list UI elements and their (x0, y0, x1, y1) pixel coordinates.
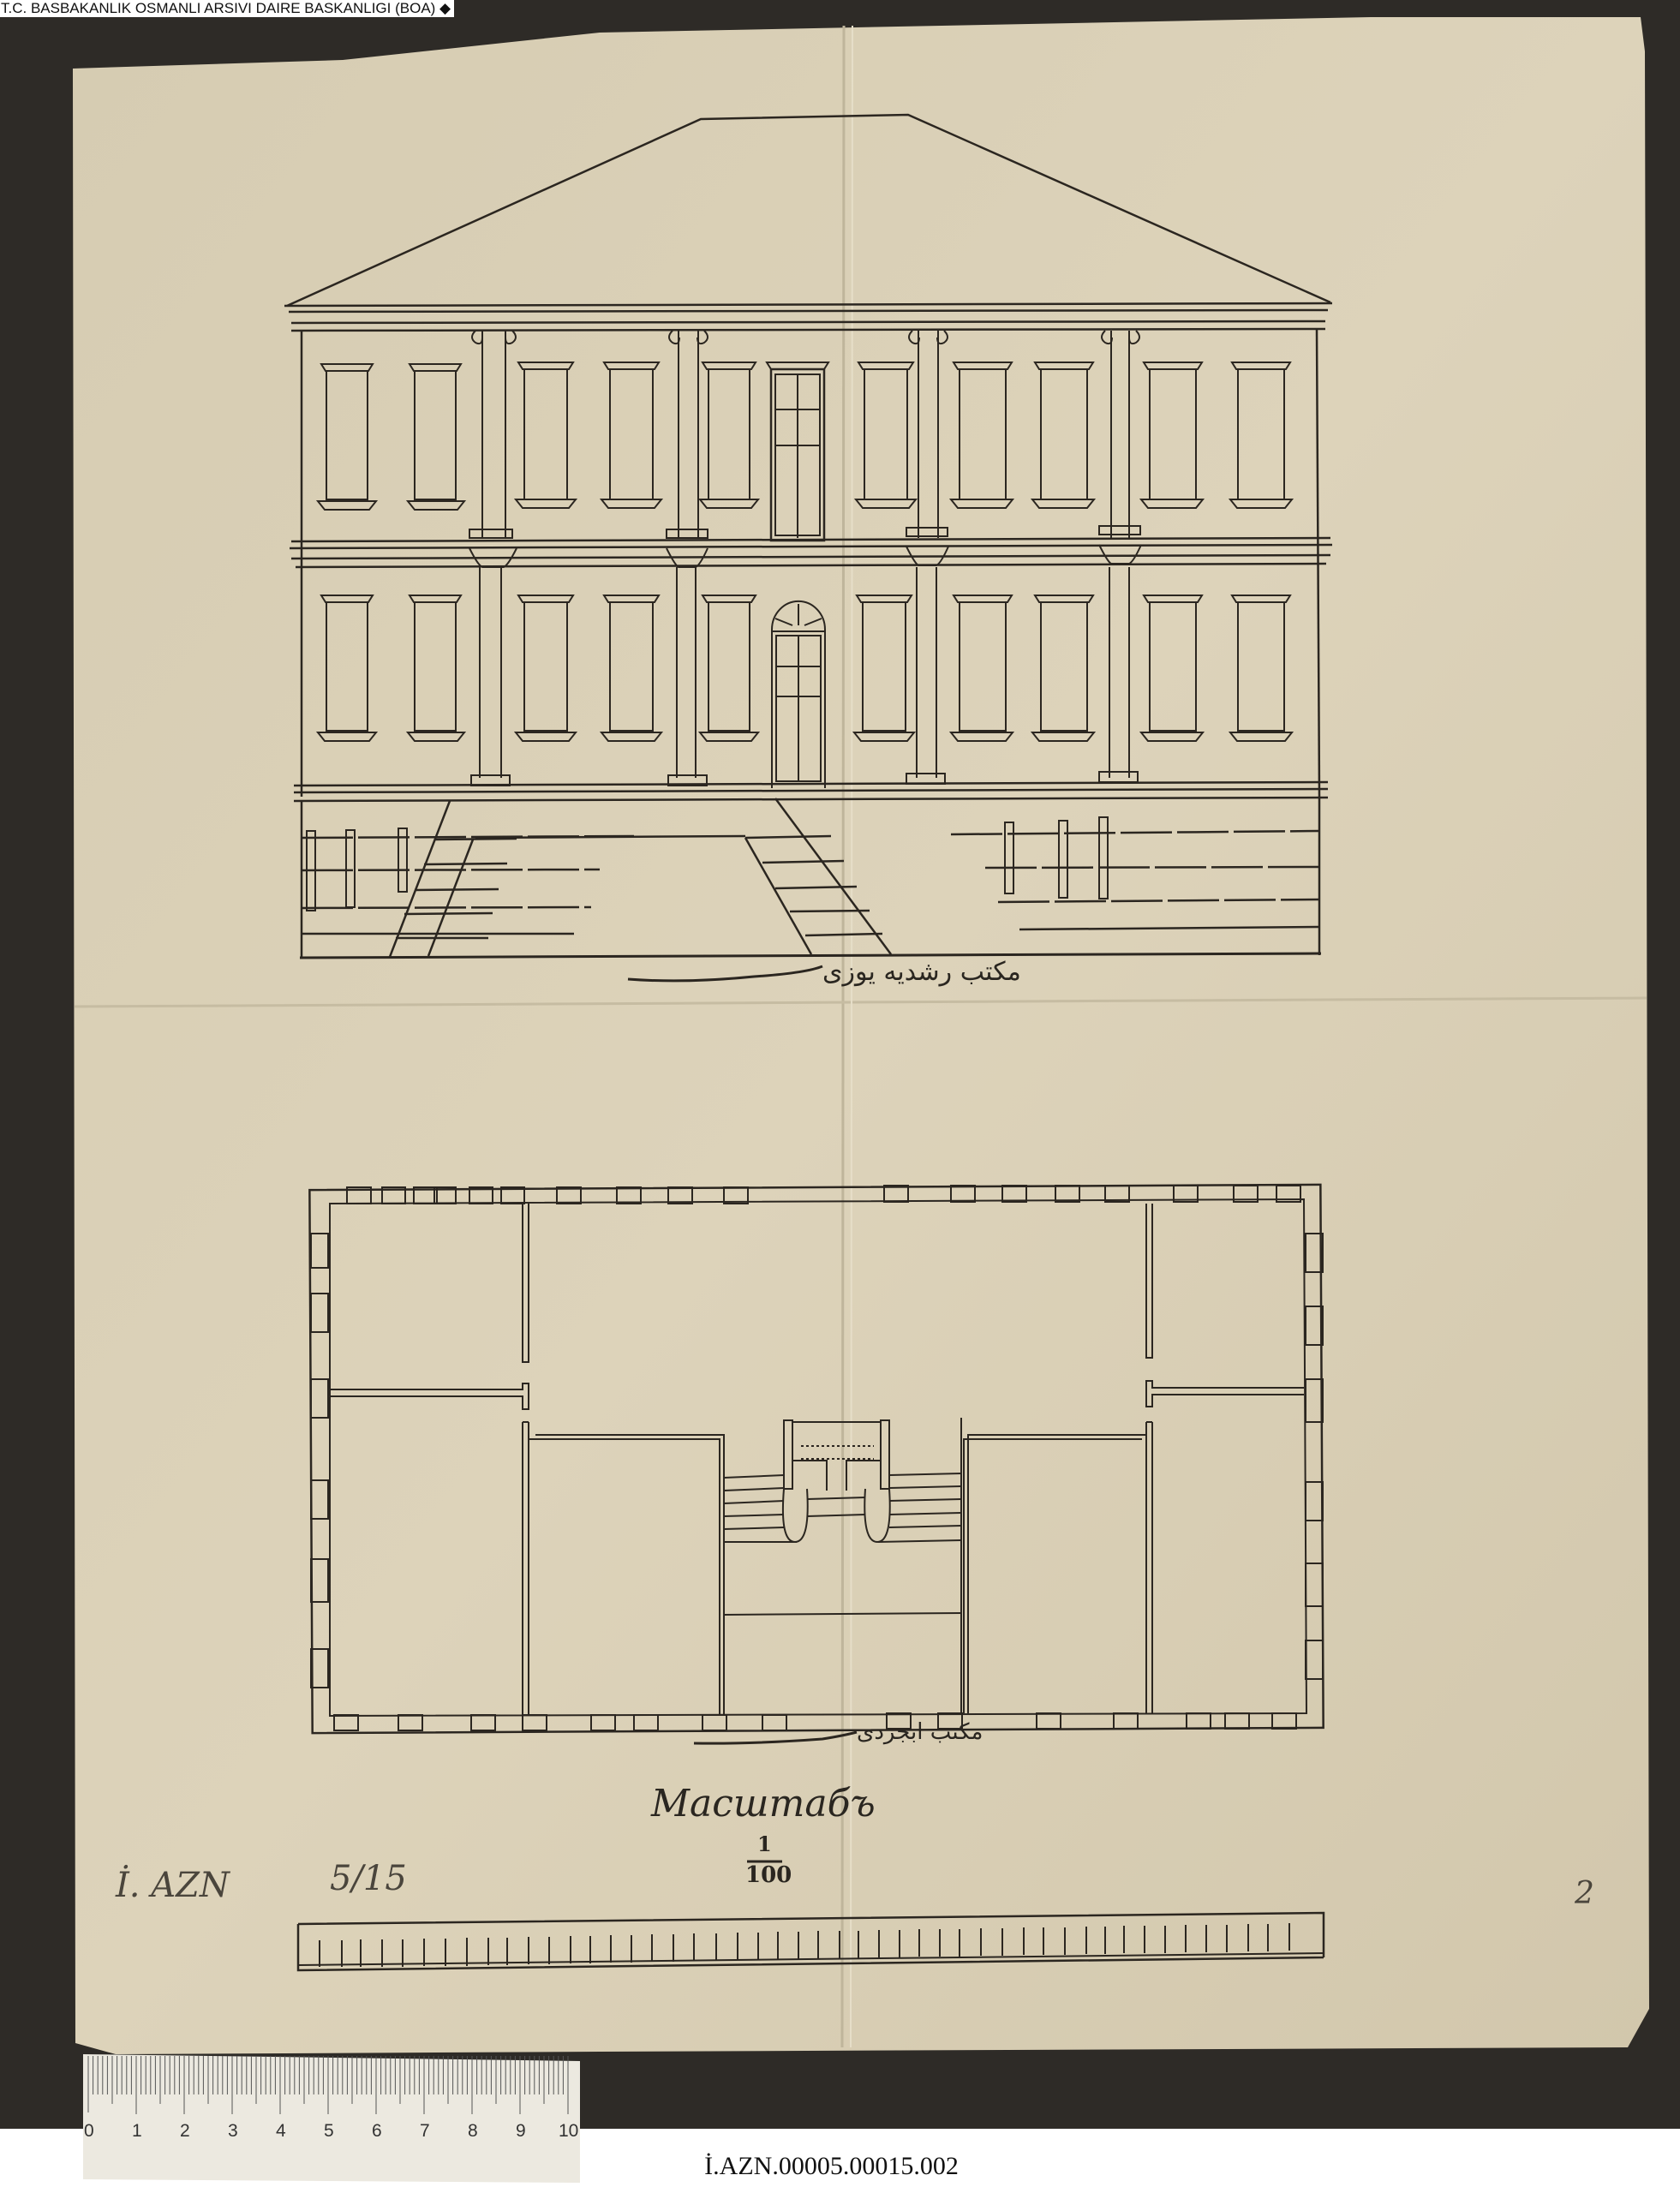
lower-windows (318, 595, 1292, 788)
reference-code-footer: İ.AZN.00005.00015.002 (0, 2152, 1680, 2181)
ruler-label: 6 (372, 2121, 382, 2142)
upper-windows (318, 362, 1292, 541)
pencil-note-folder: 5/15 (330, 1859, 407, 1898)
ruler-label: 3 (228, 2121, 238, 2142)
ruler-label: 9 (516, 2121, 526, 2142)
ruler-label: 8 (468, 2121, 478, 2142)
pencil-note-collection: İ. AZN (116, 1866, 230, 1905)
scale-numerator: 1 (757, 1831, 772, 1856)
ruler-label: 5 (324, 2121, 334, 2142)
ruler-labels: 0 1 2 3 4 5 6 7 8 9 10 (83, 2121, 580, 2147)
floor-plan-caption: مكتب ابجردى (857, 1719, 983, 1745)
scale-denominator: 100 (745, 1862, 792, 1888)
archive-header-label: T.C. BASBAKANLIK OSMANLI ARSIVI DAIRE BA… (0, 0, 454, 17)
ruler-label: 0 (84, 2121, 94, 2142)
drawn-scale-bar (298, 1913, 1324, 1970)
ruler-label: 1 (132, 2121, 142, 2142)
elevation-caption: مكتب رشديه يوزى (822, 957, 1021, 987)
floor-plan (309, 1185, 1323, 1733)
ruler-label: 2 (180, 2121, 190, 2142)
elevation-facade (284, 115, 1332, 958)
scale-title: Масштабъ (651, 1782, 876, 1826)
ruler-label: 10 (559, 2121, 578, 2142)
ruler-label: 4 (276, 2121, 286, 2142)
reference-code: İ.AZN.00005.00015.002 (704, 2152, 959, 2180)
pencil-note-page: 2 (1575, 1876, 1594, 1911)
ruler-label: 7 (420, 2121, 430, 2142)
